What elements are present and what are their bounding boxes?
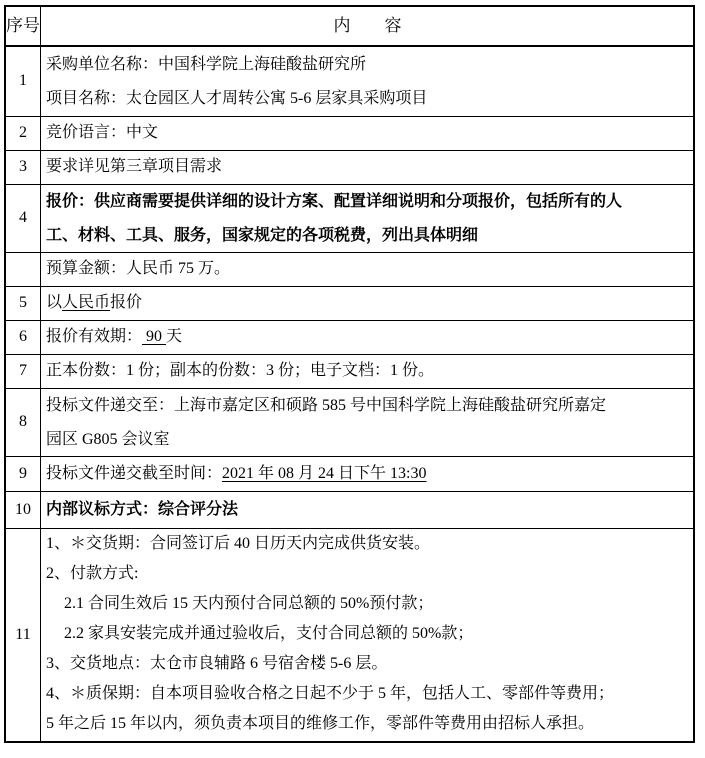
table-row-7: 7 正本份数：1 份；副本的份数：3 份；电子文档：1 份。 bbox=[6, 355, 693, 389]
payment-term-2: 2.2 家具安装完成并通过验收后，支付合同总额的 50%款； bbox=[46, 619, 689, 649]
bid-info-table: 序号 内 容 1 采购单位名称：中国科学院上海硅酸盐研究所 项目名称：太仓园区人… bbox=[4, 5, 695, 743]
payment-method-heading: 2、付款方式: bbox=[46, 559, 689, 589]
quotation-requirements-line-2: 工、材料、工具、服务，国家规定的各项税费，列出具体明细 bbox=[46, 219, 689, 253]
table-row-4b: 预算金额：人民币 75 万。 bbox=[6, 253, 693, 287]
deadline-label: 投标文件递交截至时间： bbox=[46, 464, 222, 485]
row-4-seq: 4 bbox=[6, 185, 41, 252]
table-row-8: 8 投标文件递交至：上海市嘉定区和硕路 585 号中国科学院上海硅酸盐研究所嘉定… bbox=[6, 389, 693, 457]
warranty-period-line-1: 4、＊质保期：自本项目验收合格之日起不少于 5 年，包括人工、零部件等费用； bbox=[46, 679, 689, 709]
table-row-3: 3 要求详见第三章项目需求 bbox=[6, 151, 693, 185]
document-page: { "table": { "header": { "seq": "序号", "c… bbox=[0, 0, 705, 758]
deadline-datetime-underlined: 2021 年 08 月 24 日下午 13:30 bbox=[222, 464, 426, 485]
header-cell-content: 内 容 bbox=[41, 7, 693, 45]
validity-unit: 天 bbox=[166, 327, 182, 348]
currency-statement: 以人民币报价 bbox=[41, 287, 693, 320]
quotation-requirements: 报价：供应商需要提供详细的设计方案、配置详细说明和分项报价，包括所有的人 工、材… bbox=[41, 185, 693, 252]
row-4b-seq bbox=[6, 253, 41, 286]
requirements-reference: 要求详见第三章项目需求 bbox=[41, 151, 693, 184]
table-row-11: 11 1、＊交货期：合同签订后 40 日历天内完成供货安装。 2、付款方式: 2… bbox=[6, 529, 693, 741]
contract-terms: 1、＊交货期：合同签订后 40 日历天内完成供货安装。 2、付款方式: 2.1 … bbox=[41, 529, 693, 741]
row-5-seq: 5 bbox=[6, 287, 41, 320]
row-7-seq: 7 bbox=[6, 355, 41, 388]
quotation-requirements-line-1: 报价：供应商需要提供详细的设计方案、配置详细说明和分项报价，包括所有的人 bbox=[46, 185, 689, 219]
row-9-seq: 9 bbox=[6, 457, 41, 491]
currency-underlined: 人民币 bbox=[62, 293, 110, 314]
budget-amount: 预算金额：人民币 75 万。 bbox=[41, 253, 693, 286]
delivery-period: 1、＊交货期：合同签订后 40 日历天内完成供货安装。 bbox=[46, 529, 689, 559]
submission-deadline: 投标文件递交截至时间：2021 年 08 月 24 日下午 13:30 bbox=[41, 457, 693, 491]
submission-address: 投标文件递交至：上海市嘉定区和硕路 585 号中国科学院上海硅酸盐研究所嘉定 园… bbox=[41, 389, 693, 456]
table-row-10: 10 内部议标方式：综合评分法 bbox=[6, 492, 693, 529]
currency-pre: 以 bbox=[46, 293, 62, 314]
table-row-2: 2 竞价语言：中文 bbox=[6, 117, 693, 151]
delivery-location: 3、交货地点：太仓市良辅路 6 号宿舍楼 5-6 层。 bbox=[46, 649, 689, 679]
row-2-seq: 2 bbox=[6, 117, 41, 150]
row-8-seq: 8 bbox=[6, 389, 41, 456]
row-3-seq: 3 bbox=[6, 151, 41, 184]
row-10-seq: 10 bbox=[6, 492, 41, 528]
table-header-row: 序号 内 容 bbox=[6, 7, 693, 47]
quote-validity: 报价有效期： 90 天 bbox=[41, 321, 693, 354]
validity-days-underlined: 90 bbox=[142, 327, 166, 348]
currency-post: 报价 bbox=[110, 293, 142, 314]
table-row-5: 5 以人民币报价 bbox=[6, 287, 693, 321]
row-11-seq: 11 bbox=[6, 529, 41, 741]
submission-address-line-1: 投标文件递交至：上海市嘉定区和硕路 585 号中国科学院上海硅酸盐研究所嘉定 bbox=[46, 389, 689, 423]
header-cell-seq: 序号 bbox=[6, 7, 41, 45]
purchaser-name: 采购单位名称：中国科学院上海硅酸盐研究所 bbox=[46, 48, 689, 82]
row-1-seq: 1 bbox=[6, 47, 41, 116]
table-row-6: 6 报价有效期： 90 天 bbox=[6, 321, 693, 355]
row-6-seq: 6 bbox=[6, 321, 41, 354]
copies-required: 正本份数：1 份；副本的份数：3 份；电子文档：1 份。 bbox=[41, 355, 693, 388]
table-row-4: 4 报价：供应商需要提供详细的设计方案、配置详细说明和分项报价，包括所有的人 工… bbox=[6, 185, 693, 253]
validity-label: 报价有效期： bbox=[46, 327, 142, 348]
payment-term-1: 2.1 合同生效后 15 天内预付合同总额的 50%预付款； bbox=[46, 589, 689, 619]
submission-address-line-2: 园区 G805 会议室 bbox=[46, 423, 689, 457]
project-name: 项目名称：太仓园区人才周转公寓 5-6 层家具采购项目 bbox=[46, 82, 689, 116]
evaluation-method: 内部议标方式：综合评分法 bbox=[41, 492, 693, 528]
warranty-period-line-2: 5 年之后 15 年以内，须负责本项目的维修工作，零部件等费用由招标人承担。 bbox=[46, 709, 689, 739]
table-row-9: 9 投标文件递交截至时间：2021 年 08 月 24 日下午 13:30 bbox=[6, 457, 693, 492]
row-1-content: 采购单位名称：中国科学院上海硅酸盐研究所 项目名称：太仓园区人才周转公寓 5-6… bbox=[41, 47, 693, 116]
bidding-language: 竞价语言：中文 bbox=[41, 117, 693, 150]
table-row-1: 1 采购单位名称：中国科学院上海硅酸盐研究所 项目名称：太仓园区人才周转公寓 5… bbox=[6, 47, 693, 117]
